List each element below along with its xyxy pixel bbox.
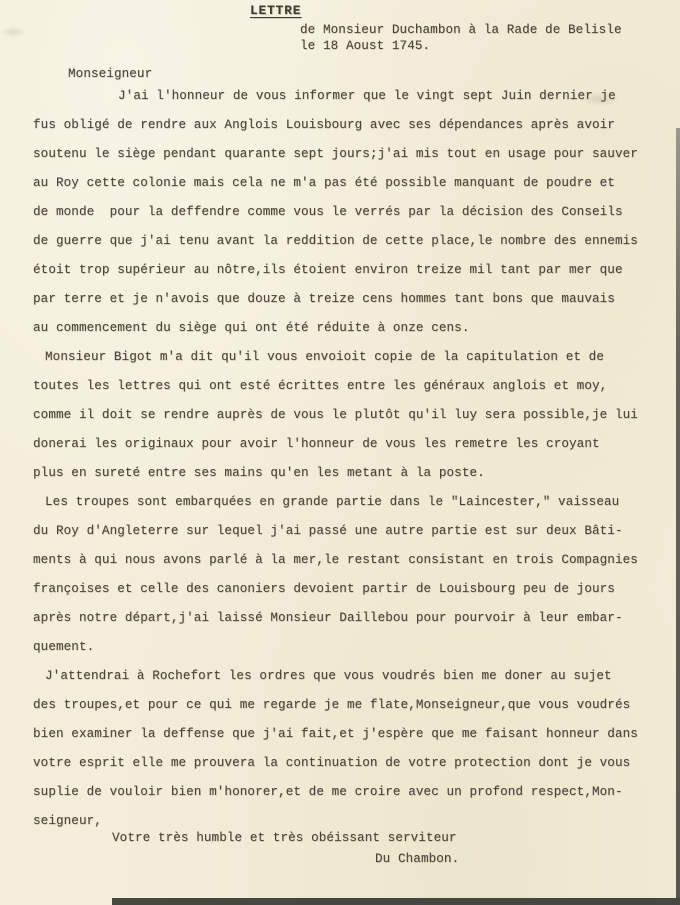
letter-line: au Roy cette colonie mais cela ne m'a pa… xyxy=(33,169,658,198)
letter-line: étoit trop supérieur au nôtre,ils étoien… xyxy=(33,256,658,285)
letter-line: donerai les originaux pour avoir l'honne… xyxy=(33,430,658,459)
letter-line: plus en sureté entre ses mains qu'en les… xyxy=(33,459,658,488)
valediction: Votre très humble et très obéissant serv… xyxy=(112,828,457,848)
letter-line: J'attendrai à Rochefort les ordres que v… xyxy=(33,662,658,691)
letter-line: du Roy d'Angleterre sur lequel j'ai pass… xyxy=(33,517,658,546)
paper-smudge xyxy=(0,26,26,38)
letter-header-line: de Monsieur Duchambon à la Rade de Belis… xyxy=(300,22,622,38)
letter-line: des troupes,et pour ce qui me regarde je… xyxy=(33,691,658,720)
letter-line: votre esprit elle me prouvera la continu… xyxy=(33,749,658,778)
letter-paragraphs: J'ai l'honneur de vous informer que le v… xyxy=(33,82,658,836)
letter-line: suplie de vouloir bien m'honorer,et de m… xyxy=(33,778,658,807)
letter-line: bien examiner la deffense que j'ai fait,… xyxy=(33,720,658,749)
paper-smudge xyxy=(580,92,620,106)
letter-title: LETTRE xyxy=(250,3,301,19)
letter-line: soutenu le siège pendant quarante sept j… xyxy=(33,140,658,169)
letter-line: ments à qui nous avons parlé à la mer,le… xyxy=(33,546,658,575)
letter-date-line: le 18 Aoust 1745. xyxy=(300,38,430,54)
scan-edge-bottom xyxy=(112,898,680,905)
letter-line: Monsieur Bigot m'a dit qu'il vous envoio… xyxy=(33,343,658,372)
letter-line: J'ai l'honneur de vous informer que le v… xyxy=(33,82,658,111)
letter-line: Les troupes sont embarquées en grande pa… xyxy=(33,488,658,517)
letter-line: au commencement du siège qui ont été réd… xyxy=(33,314,658,343)
letter-line: fus obligé de rendre aux Anglois Louisbo… xyxy=(33,111,658,140)
letter-page: LETTRE de Monsieur Duchambon à la Rade d… xyxy=(0,0,680,905)
letter-line: de monde pour la deffendre comme vous le… xyxy=(33,198,658,227)
letter-line: françoises et celle des canoniers devoie… xyxy=(33,575,658,604)
letter-line: quement. xyxy=(33,633,658,662)
letter-line: comme il doit se rendre auprès de vous l… xyxy=(33,401,658,430)
letter-line: toutes les lettres qui ont esté écrittes… xyxy=(33,372,658,401)
letter-line: de guerre que j'ai tenu avant la redditi… xyxy=(33,227,658,256)
letter-line: après notre départ,j'ai laissé Monsieur … xyxy=(33,604,658,633)
letter-line: par terre et je n'avois que douze à trei… xyxy=(33,285,658,314)
scan-edge-right xyxy=(676,128,680,898)
signature: Du Chambon. xyxy=(375,849,459,869)
